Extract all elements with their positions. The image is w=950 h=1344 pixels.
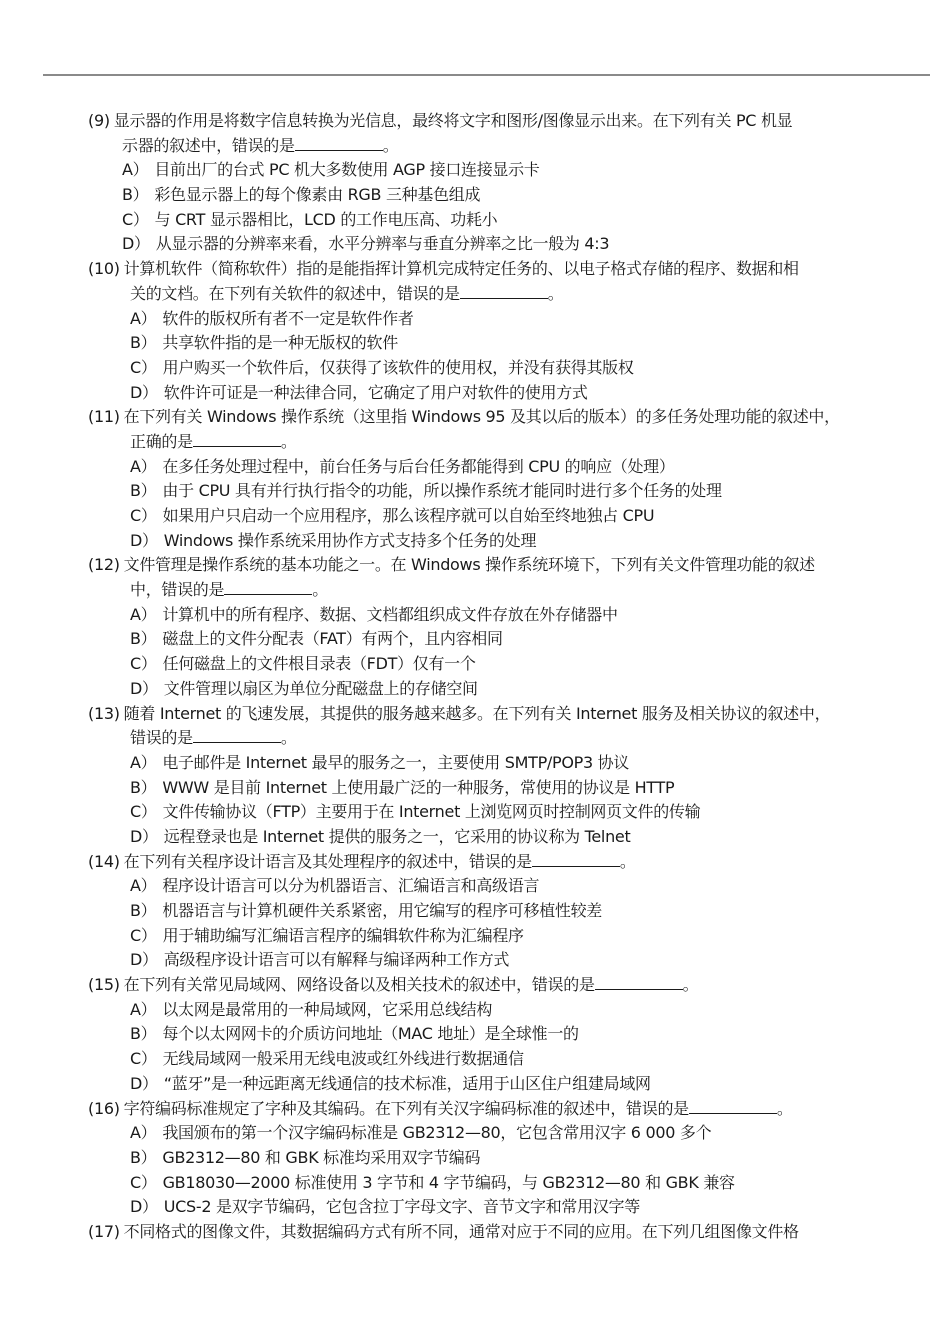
question-14: (14) 在下列有关程序设计语言及其处理程序的叙述中，错误的是。 A）程序设计语… — [88, 850, 908, 973]
question-16: (16) 字符编码标准规定了字种及其编码。在下列有关汉字编码标准的叙述中，错误的… — [88, 1097, 908, 1220]
option-key: C） — [130, 926, 157, 945]
option-key: D） — [122, 234, 150, 253]
option-key: B） — [130, 629, 156, 648]
option-text: “蓝牙”是一种远距离无线通信的技术标准，适用于山区住户组建局域网 — [164, 1074, 651, 1093]
option-d: D）Windows 操作系统采用协作方式支持多个任务的处理 — [130, 529, 908, 554]
options-list: A）电子邮件是 Internet 最早的服务之一，主要使用 SMTP/POP3 … — [88, 751, 908, 850]
option-text: 用于辅助编写汇编语言程序的编辑软件称为汇编程序 — [163, 926, 524, 945]
question-number: (15) — [88, 973, 120, 998]
option-a: A）以太网是最常用的一种局域网，它采用总线结构 — [130, 998, 908, 1023]
option-key: D） — [130, 1197, 158, 1216]
question-stem: 随着 Internet 的飞速发展，其提供的服务越来越多。在下列有关 Inter… — [124, 702, 908, 727]
question-10: (10) 计算机软件（简称软件）指的是能指挥计算机完成特定任务的、以电子格式存储… — [88, 257, 908, 405]
option-key: B） — [130, 778, 156, 797]
answer-blank — [532, 852, 620, 867]
option-text: 每个以太网网卡的介质访问地址（MAC 地址）是全球惟一的 — [162, 1024, 578, 1043]
option-text: 共享软件指的是一种无版权的软件 — [162, 333, 398, 352]
question-stem: 不同格式的图像文件，其数据编码方式有所不同，通常对应于不同的应用。在下列几组图像… — [124, 1220, 908, 1245]
option-a: A）我国颁布的第一个汉字编码标准是 GB2312—80，它包含常用汉字 6 00… — [130, 1121, 908, 1146]
stem-text: 中，错误的是 — [130, 580, 224, 599]
header-divider-rule — [43, 74, 930, 76]
answer-blank — [460, 284, 548, 299]
option-text: GB2312—80 和 GBK 标准均采用双字节编码 — [162, 1148, 480, 1167]
options-list: A）目前出厂的台式 PC 机大多数使用 AGP 接口连接显示卡 B）彩色显示器上… — [88, 158, 908, 257]
option-key: D） — [130, 383, 158, 402]
option-text: 文件传输协议（FTP）主要用于在 Internet 上浏览网页时控制网页文件的传… — [163, 802, 701, 821]
option-text: 从显示器的分辨率来看，水平分辨率与垂直分辨率之比一般为 4:3 — [156, 234, 610, 253]
stem-text: 字符编码标准规定了字种及其编码。在下列有关汉字编码标准的叙述中，错误的是 — [124, 1099, 689, 1118]
option-d: D）“蓝牙”是一种远距离无线通信的技术标准，适用于山区住户组建局域网 — [130, 1072, 908, 1097]
option-c: C）无线局域网一般采用无线电波或红外线进行数据通信 — [130, 1047, 908, 1072]
question-number: (10) — [88, 257, 120, 282]
question-number: (13) — [88, 702, 120, 727]
option-key: C） — [130, 802, 157, 821]
option-text: 在多任务处理过程中，前台任务与后台任务都能得到 CPU 的响应（处理） — [162, 457, 674, 476]
option-key: C） — [130, 1049, 157, 1068]
question-stem: 文件管理是操作系统的基本功能之一。在 Windows 操作系统环境下，下列有关文… — [124, 553, 908, 578]
option-key: D） — [130, 531, 158, 550]
option-c: C）文件传输协议（FTP）主要用于在 Internet 上浏览网页时控制网页文件… — [130, 800, 908, 825]
option-key: C） — [130, 358, 157, 377]
option-key: D） — [130, 1074, 158, 1093]
question-list: (9) 显示器的作用是将数字信息转换为光信息，最终将文字和图形/图像显示出来。在… — [88, 109, 908, 1245]
option-c: C）GB18030—2000 标准使用 3 字节和 4 字节编码，与 GB231… — [130, 1171, 908, 1196]
option-text: 彩色显示器上的每个像素由 RGB 三种基色组成 — [154, 185, 480, 204]
answer-blank — [193, 432, 281, 447]
option-key: B） — [130, 481, 156, 500]
options-list: A）以太网是最常用的一种局域网，它采用总线结构 B）每个以太网网卡的介质访问地址… — [88, 998, 908, 1097]
option-key: A） — [130, 1000, 156, 1019]
option-key: A） — [130, 309, 156, 328]
question-15: (15) 在下列有关常见局域网、网络设备以及相关技术的叙述中，错误的是。 A）以… — [88, 973, 908, 1096]
options-list: A）软件的版权所有者不一定是软件作者 B）共享软件指的是一种无版权的软件 C）用… — [88, 307, 908, 406]
option-text: 我国颁布的第一个汉字编码标准是 GB2312—80，它包含常用汉字 6 000 … — [162, 1123, 711, 1142]
stem-punctuation: 。 — [683, 975, 699, 994]
options-list: A）我国颁布的第一个汉字编码标准是 GB2312—80，它包含常用汉字 6 00… — [88, 1121, 908, 1220]
option-d: D）从显示器的分辨率来看，水平分辨率与垂直分辨率之比一般为 4:3 — [122, 232, 908, 257]
question-number: (11) — [88, 405, 120, 430]
stem-punctuation: 。 — [548, 284, 564, 303]
option-key: D） — [130, 679, 158, 698]
option-b: B）GB2312—80 和 GBK 标准均采用双字节编码 — [130, 1146, 908, 1171]
stem-punctuation: 。 — [620, 852, 636, 871]
option-b: B）磁盘上的文件分配表（FAT）有两个，且内容相同 — [130, 627, 908, 652]
option-key: C） — [130, 506, 157, 525]
option-key: C） — [130, 654, 157, 673]
option-a: A）软件的版权所有者不一定是软件作者 — [130, 307, 908, 332]
option-b: B）共享软件指的是一种无版权的软件 — [130, 331, 908, 356]
question-stem: 在下列有关程序设计语言及其处理程序的叙述中，错误的是。 — [124, 850, 908, 875]
question-stem: 字符编码标准规定了字种及其编码。在下列有关汉字编码标准的叙述中，错误的是。 — [124, 1097, 908, 1122]
stem-text: 正确的是 — [130, 432, 193, 451]
stem-text: 关的文档。在下列有关软件的叙述中，错误的是 — [130, 284, 460, 303]
question-stem-continuation: 错误的是。 — [88, 726, 908, 751]
option-a: A）计算机中的所有程序、数据、文档都组织成文件存放在外存储器中 — [130, 603, 908, 628]
answer-blank — [295, 136, 383, 151]
option-text: 由于 CPU 具有并行执行指令的功能，所以操作系统才能同时进行多个任务的处理 — [162, 481, 721, 500]
stem-punctuation: 。 — [777, 1099, 793, 1118]
option-b: B）机器语言与计算机硬件关系紧密，用它编写的程序可移植性较差 — [130, 899, 908, 924]
option-text: 任何磁盘上的文件根目录表（FDT）仅有一个 — [163, 654, 476, 673]
options-list: A）计算机中的所有程序、数据、文档都组织成文件存放在外存储器中 B）磁盘上的文件… — [88, 603, 908, 702]
option-b: B）彩色显示器上的每个像素由 RGB 三种基色组成 — [122, 183, 908, 208]
option-key: D） — [130, 827, 158, 846]
option-c: C）与 CRT 显示器相比，LCD 的工作电压高、功耗小 — [122, 208, 908, 233]
option-d: D）软件许可证是一种法律合同，它确定了用户对软件的使用方式 — [130, 381, 908, 406]
option-key: D） — [130, 950, 158, 969]
option-key: A） — [130, 1123, 156, 1142]
stem-text: 在下列有关程序设计语言及其处理程序的叙述中，错误的是 — [124, 852, 532, 871]
option-text: 如果用户只启动一个应用程序，那么该程序就可以自始至终地独占 CPU — [163, 506, 655, 525]
question-number: (16) — [88, 1097, 120, 1122]
stem-punctuation: 。 — [281, 728, 297, 747]
question-stem: 显示器的作用是将数字信息转换为光信息，最终将文字和图形/图像显示出来。在下列有关… — [114, 109, 908, 134]
question-number: (17) — [88, 1220, 120, 1245]
question-number: (12) — [88, 553, 120, 578]
option-text: 程序设计语言可以分为机器语言、汇编语言和高级语言 — [162, 876, 539, 895]
option-text: 软件许可证是一种法律合同，它确定了用户对软件的使用方式 — [164, 383, 588, 402]
option-a: A）目前出厂的台式 PC 机大多数使用 AGP 接口连接显示卡 — [122, 158, 908, 183]
option-text: 电子邮件是 Internet 最早的服务之一，主要使用 SMTP/POP3 协议 — [162, 753, 629, 772]
option-text: 以太网是最常用的一种局域网，它采用总线结构 — [162, 1000, 492, 1019]
question-stem: 在下列有关 Windows 操作系统（这里指 Windows 95 及其以后的版… — [124, 405, 908, 430]
stem-punctuation: 。 — [312, 580, 328, 599]
option-b: B）每个以太网网卡的介质访问地址（MAC 地址）是全球惟一的 — [130, 1022, 908, 1047]
stem-text: 错误的是 — [130, 728, 193, 747]
question-9: (9) 显示器的作用是将数字信息转换为光信息，最终将文字和图形/图像显示出来。在… — [88, 109, 908, 257]
question-11: (11) 在下列有关 Windows 操作系统（这里指 Windows 95 及… — [88, 405, 908, 553]
question-number: (9) — [88, 109, 110, 134]
option-key: B） — [130, 333, 156, 352]
question-stem-continuation: 关的文档。在下列有关软件的叙述中，错误的是。 — [88, 282, 908, 307]
option-key: A） — [130, 605, 156, 624]
options-list: A）在多任务处理过程中，前台任务与后台任务都能得到 CPU 的响应（处理） B）… — [88, 455, 908, 554]
answer-blank — [193, 728, 281, 743]
option-key: B） — [130, 1148, 156, 1167]
option-text: 远程登录也是 Internet 提供的服务之一，它采用的协议称为 Telnet — [164, 827, 631, 846]
option-text: 磁盘上的文件分配表（FAT）有两个，且内容相同 — [162, 629, 502, 648]
option-key: A） — [130, 753, 156, 772]
answer-blank — [595, 975, 683, 990]
answer-blank — [224, 580, 312, 595]
option-d: D）远程登录也是 Internet 提供的服务之一，它采用的协议称为 Telne… — [130, 825, 908, 850]
question-12: (12) 文件管理是操作系统的基本功能之一。在 Windows 操作系统环境下，… — [88, 553, 908, 701]
option-text: UCS-2 是双字节编码，它包含拉丁字母文字、音节文字和常用汉字等 — [164, 1197, 640, 1216]
option-text: 软件的版权所有者不一定是软件作者 — [162, 309, 413, 328]
option-text: WWW 是目前 Internet 上使用最广泛的一种服务，常使用的协议是 HTT… — [162, 778, 674, 797]
option-key: B） — [122, 185, 148, 204]
question-stem: 在下列有关常见局域网、网络设备以及相关技术的叙述中，错误的是。 — [124, 973, 908, 998]
question-17: (17) 不同格式的图像文件，其数据编码方式有所不同，通常对应于不同的应用。在下… — [88, 1220, 908, 1245]
option-a: A）在多任务处理过程中，前台任务与后台任务都能得到 CPU 的响应（处理） — [130, 455, 908, 480]
option-key: C） — [122, 210, 149, 229]
option-text: 机器语言与计算机硬件关系紧密，用它编写的程序可移植性较差 — [162, 901, 602, 920]
option-c: C）任何磁盘上的文件根目录表（FDT）仅有一个 — [130, 652, 908, 677]
option-a: A）电子邮件是 Internet 最早的服务之一，主要使用 SMTP/POP3 … — [130, 751, 908, 776]
option-text: Windows 操作系统采用协作方式支持多个任务的处理 — [164, 531, 536, 550]
option-text: 目前出厂的台式 PC 机大多数使用 AGP 接口连接显示卡 — [154, 160, 539, 179]
option-d: D）高级程序设计语言可以有解释与编译两种工作方式 — [130, 948, 908, 973]
options-list: A）程序设计语言可以分为机器语言、汇编语言和高级语言 B）机器语言与计算机硬件关… — [88, 874, 908, 973]
option-key: B） — [130, 901, 156, 920]
option-c: C）用于辅助编写汇编语言程序的编辑软件称为汇编程序 — [130, 924, 908, 949]
stem-punctuation: 。 — [281, 432, 297, 451]
question-13: (13) 随着 Internet 的飞速发展，其提供的服务越来越多。在下列有关 … — [88, 702, 908, 850]
option-b: B）WWW 是目前 Internet 上使用最广泛的一种服务，常使用的协议是 H… — [130, 776, 908, 801]
option-d: D）UCS-2 是双字节编码，它包含拉丁字母文字、音节文字和常用汉字等 — [130, 1195, 908, 1220]
stem-text: 示器的叙述中，错误的是 — [122, 136, 295, 155]
option-text: 计算机中的所有程序、数据、文档都组织成文件存放在外存储器中 — [162, 605, 617, 624]
question-number: (14) — [88, 850, 120, 875]
option-text: 高级程序设计语言可以有解释与编译两种工作方式 — [164, 950, 509, 969]
option-text: 用户购买一个软件后，仅获得了该软件的使用权，并没有获得其版权 — [163, 358, 634, 377]
answer-blank — [689, 1099, 777, 1114]
option-key: A） — [122, 160, 148, 179]
question-stem: 计算机软件（简称软件）指的是能指挥计算机完成特定任务的、以电子格式存储的程序、数… — [124, 257, 908, 282]
question-stem-continuation: 中，错误的是。 — [88, 578, 908, 603]
option-text: 文件管理以扇区为单位分配磁盘上的存储空间 — [164, 679, 478, 698]
option-key: A） — [130, 876, 156, 895]
question-stem-continuation: 示器的叙述中，错误的是。 — [88, 134, 908, 159]
option-b: B）由于 CPU 具有并行执行指令的功能，所以操作系统才能同时进行多个任务的处理 — [130, 479, 908, 504]
option-text: 无线局域网一般采用无线电波或红外线进行数据通信 — [163, 1049, 524, 1068]
option-key: C） — [130, 1173, 157, 1192]
option-key: B） — [130, 1024, 156, 1043]
stem-punctuation: 。 — [383, 136, 399, 155]
option-d: D）文件管理以扇区为单位分配磁盘上的存储空间 — [130, 677, 908, 702]
stem-text: 在下列有关常见局域网、网络设备以及相关技术的叙述中，错误的是 — [124, 975, 595, 994]
option-c: C）用户购买一个软件后，仅获得了该软件的使用权，并没有获得其版权 — [130, 356, 908, 381]
option-c: C）如果用户只启动一个应用程序，那么该程序就可以自始至终地独占 CPU — [130, 504, 908, 529]
option-text: GB18030—2000 标准使用 3 字节和 4 字节编码，与 GB2312—… — [163, 1173, 735, 1192]
question-stem-continuation: 正确的是。 — [88, 430, 908, 455]
option-text: 与 CRT 显示器相比，LCD 的工作电压高、功耗小 — [155, 210, 498, 229]
option-a: A）程序设计语言可以分为机器语言、汇编语言和高级语言 — [130, 874, 908, 899]
option-key: A） — [130, 457, 156, 476]
